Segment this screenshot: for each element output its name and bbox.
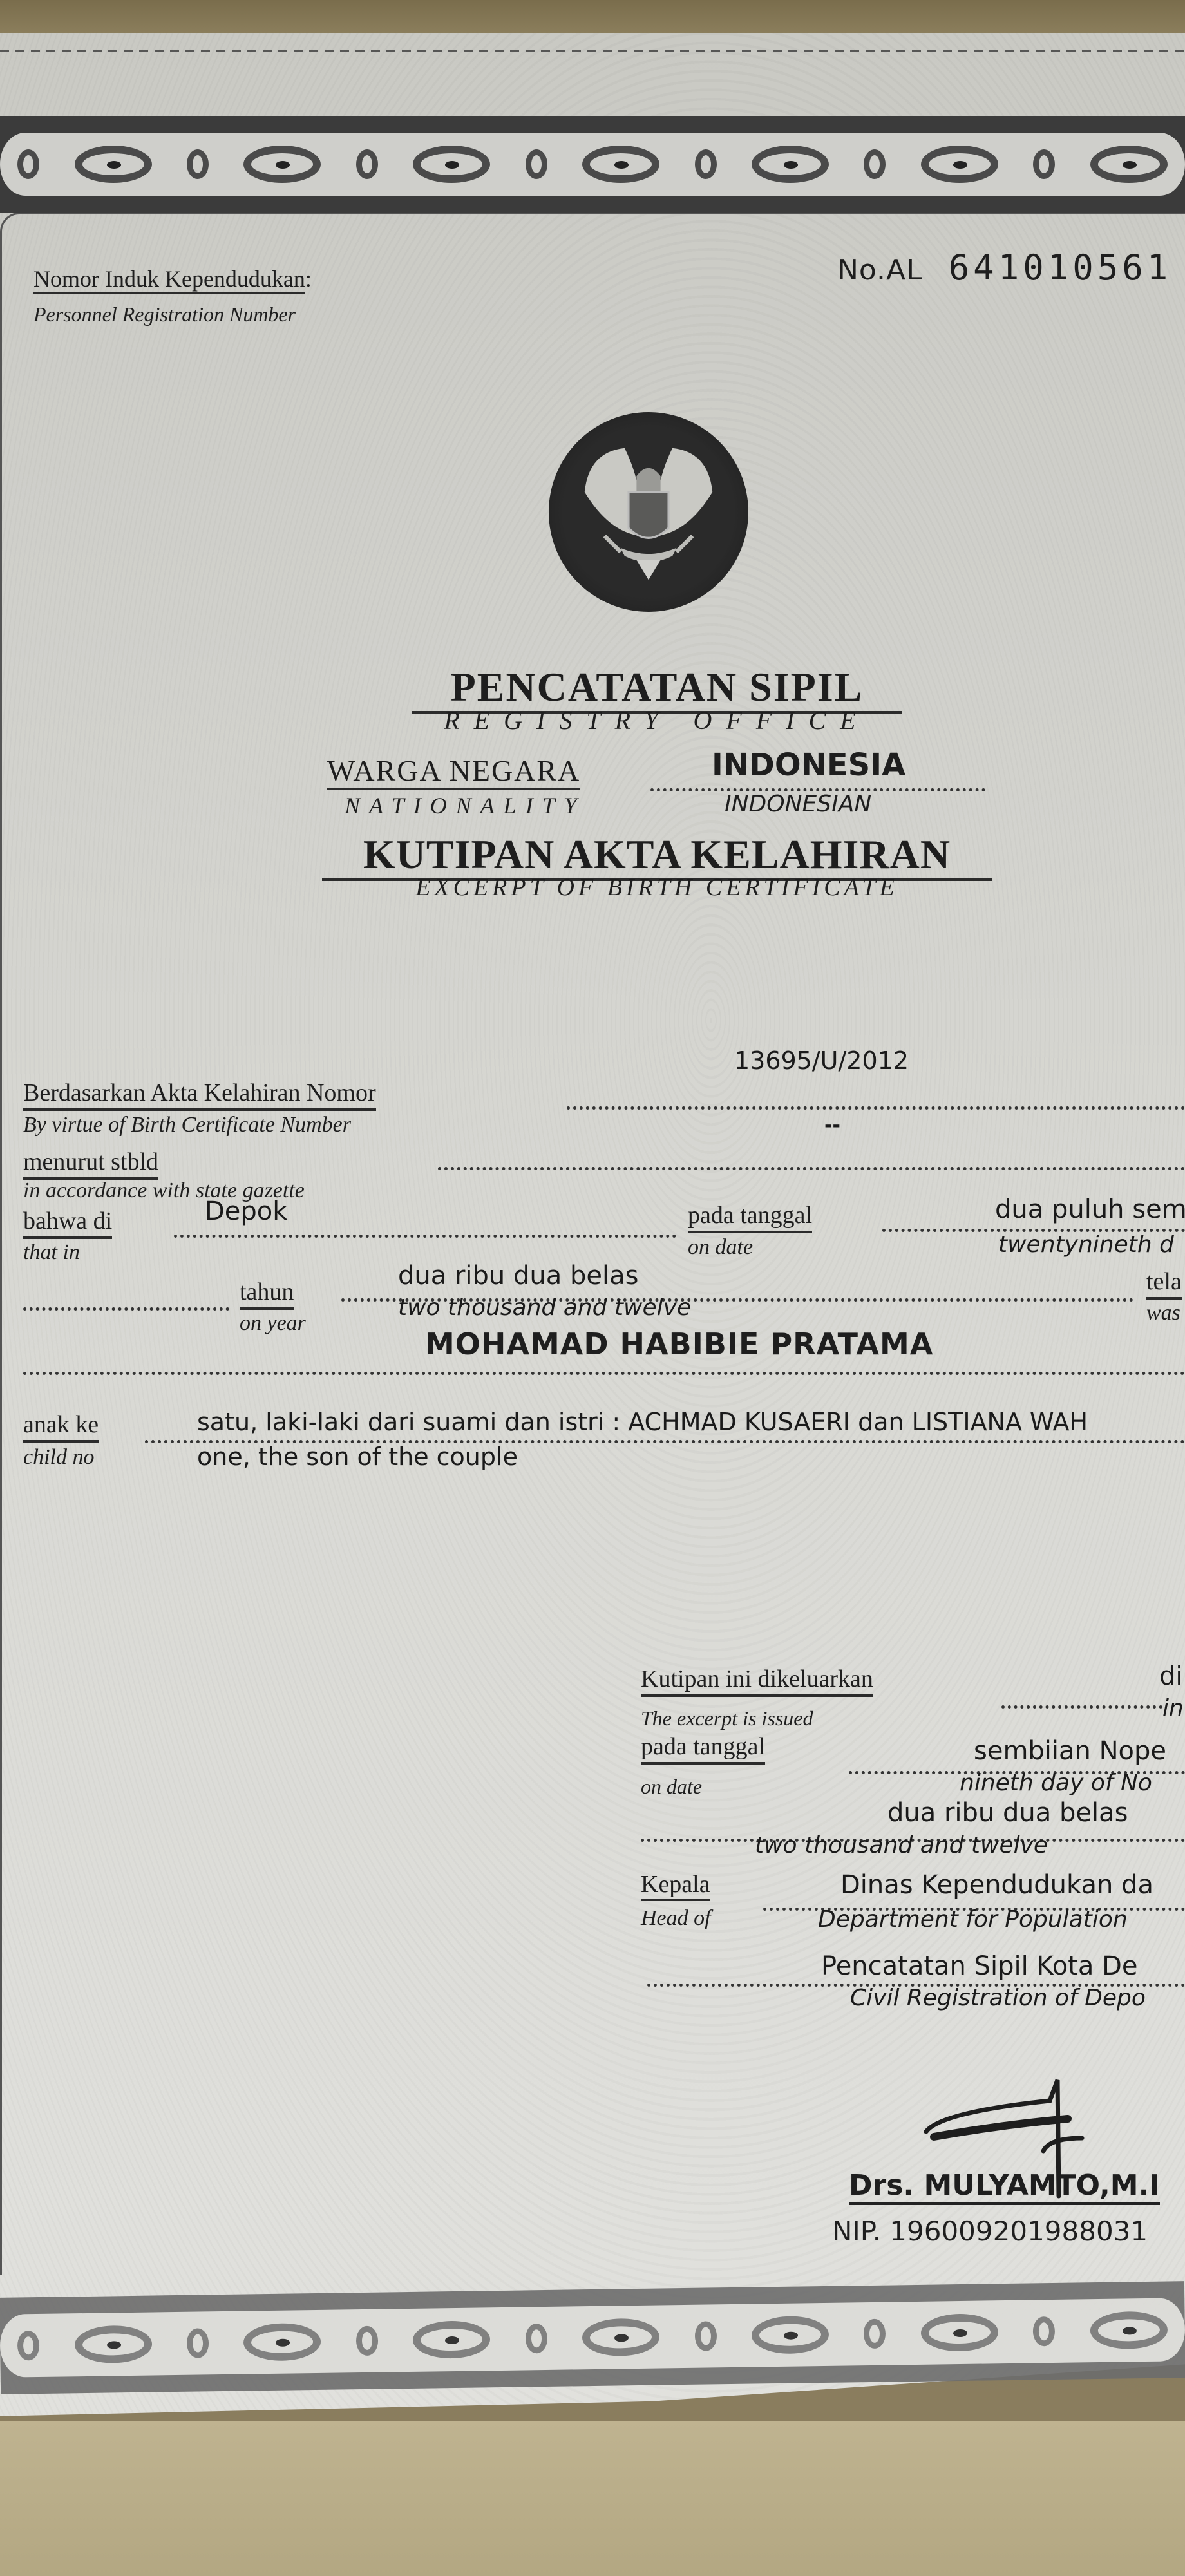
year-label: tahun	[240, 1278, 294, 1310]
dotted-line	[438, 1167, 1185, 1170]
issue-year-value: dua ribu dua belas	[887, 1798, 1128, 1828]
signatory-name: Drs. MULYAMTO,M.I	[849, 2169, 1160, 2205]
nik-label-en: Personnel Registration Number	[33, 303, 296, 327]
nationality-label: WARGA NEGARA	[327, 753, 580, 790]
issued-label: Kutipan ini dikeluarkan	[641, 1665, 873, 1697]
ornament-ring-icon	[864, 149, 886, 179]
ornament-quatrefoil-icon	[243, 146, 321, 183]
ornament-quatrefoil-icon	[1090, 146, 1168, 183]
ornament-quatrefoil-icon	[413, 146, 490, 183]
ornament-ring-icon	[1033, 149, 1055, 179]
ornament-quatrefoil-icon	[243, 2323, 321, 2362]
born-label: tela	[1146, 1267, 1182, 1300]
place-label: bahwa di	[23, 1207, 112, 1239]
ornament-ring-icon	[695, 149, 717, 179]
nationality-value: INDONESIA	[712, 747, 905, 783]
ornament-ring-icon	[1033, 2316, 1056, 2346]
certificate-number-label: Berdasarkan Akta Kelahiran Nomor	[23, 1079, 376, 1111]
ornament-quatrefoil-icon	[920, 2313, 998, 2352]
perforation-line	[0, 50, 1185, 52]
ornament-ring-icon	[356, 2326, 379, 2356]
ornament-ring-icon	[356, 149, 378, 179]
issued-label-en: The excerpt is issued	[641, 1707, 813, 1730]
certificate-number-value: 13695/U/2012	[734, 1046, 909, 1075]
ornament-quatrefoil-icon	[752, 2316, 829, 2354]
dotted-line	[174, 1235, 676, 1238]
department-value: Dinas Kependudukan da	[840, 1870, 1153, 1900]
born-label-en: was	[1146, 1301, 1180, 1325]
dotted-line	[567, 1106, 1185, 1110]
place-value: Depok	[205, 1197, 287, 1226]
issue-year-value-en: two thousand and twelve	[755, 1832, 1048, 1859]
ornament-quatrefoil-icon	[74, 2325, 152, 2364]
decorative-border-top	[0, 116, 1185, 213]
ornament-quatrefoil-icon	[413, 2320, 491, 2359]
background-surface-bottom	[0, 2421, 1185, 2576]
head-label: Kepala	[641, 1870, 710, 1901]
department-2-value: Pencatatan Sipil Kota De	[821, 1951, 1137, 1981]
ornament-ring-icon	[864, 2319, 886, 2349]
department-value-en: Department for Population	[818, 1906, 1128, 1933]
stbld-label: menurut stbld	[23, 1148, 158, 1180]
signatory-nip: NIP. 19600920198803​1	[832, 2215, 1148, 2247]
year-value-en: two thousand and twelve	[398, 1294, 691, 1321]
ornament-ring-icon	[17, 149, 39, 179]
child-no-value: satu, laki-laki dari suami dan istri : A…	[197, 1408, 1088, 1436]
issue-date-label: pada tanggal	[641, 1732, 765, 1765]
ornament-quatrefoil-icon	[1090, 2311, 1168, 2350]
child-name: MOHAMAD HABIBIE PRATAMA	[425, 1327, 933, 1361]
garuda-emblem-icon	[549, 412, 748, 612]
ornament-ring-icon	[17, 2331, 40, 2360]
child-no-label: anak ke	[23, 1410, 99, 1443]
place-label-en: that in	[23, 1240, 80, 1265]
ornament-quatrefoil-icon	[582, 2318, 660, 2357]
date-label: pada tanggal	[688, 1201, 812, 1233]
issued-place-en: in	[1162, 1695, 1184, 1721]
ornament-ring-icon	[525, 2324, 547, 2353]
serial-prefix: No.AL	[837, 254, 923, 287]
year-label-en: on year	[240, 1311, 306, 1336]
date-label-en: on date	[688, 1235, 753, 1260]
nik-label: Nomor Induk Kependudukan:	[33, 265, 312, 292]
certificate-number-label-en: By virtue of Birth Certificate Number	[23, 1113, 351, 1137]
dotted-line	[23, 1307, 229, 1311]
head-label-en: Head of	[641, 1906, 711, 1931]
issue-date-label-en: on date	[641, 1775, 702, 1799]
ornament-ring-icon	[526, 149, 547, 179]
issue-date-value-en: nineth day of No	[960, 1770, 1152, 1796]
ornament-quatrefoil-icon	[921, 146, 998, 183]
ornament-quatrefoil-icon	[75, 146, 152, 183]
date-value-en: twentynineth d	[998, 1231, 1174, 1258]
serial-digits: 64101056​1	[949, 247, 1172, 288]
nationality-label-en: NATIONALITY	[345, 792, 586, 819]
ornament-ring-icon	[187, 149, 209, 179]
serial-number: No.AL64101056​1	[837, 247, 1171, 288]
document-title-en: EXCERPT OF BIRTH CERTIFICATE	[322, 873, 992, 902]
nationality-value-en: INDONESIAN	[725, 791, 871, 817]
ornament-quatrefoil-icon	[752, 146, 829, 183]
stbld-value: --	[824, 1114, 840, 1137]
department-2-value-en: Civil Registration of Depo	[850, 1985, 1146, 2011]
ornament-quatrefoil-icon	[582, 146, 659, 183]
child-no-value-en: one, the son of the couple	[197, 1443, 518, 1471]
dotted-line	[1001, 1705, 1162, 1709]
dotted-line	[23, 1372, 1185, 1375]
ornament-ring-icon	[187, 2328, 209, 2358]
background-surface-top	[0, 0, 1185, 36]
issue-date-value: sembiian Nope	[974, 1736, 1166, 1766]
child-no-label-en: child no	[23, 1445, 94, 1470]
date-value: dua puluh sem	[995, 1195, 1185, 1224]
ornament-ring-icon	[694, 2321, 717, 2351]
office-title-en: REGISTRY OFFICE	[412, 705, 902, 735]
decorative-border-bottom	[0, 2281, 1185, 2394]
year-value: dua ribu dua belas	[398, 1261, 638, 1291]
issued-place: di	[1159, 1662, 1183, 1691]
